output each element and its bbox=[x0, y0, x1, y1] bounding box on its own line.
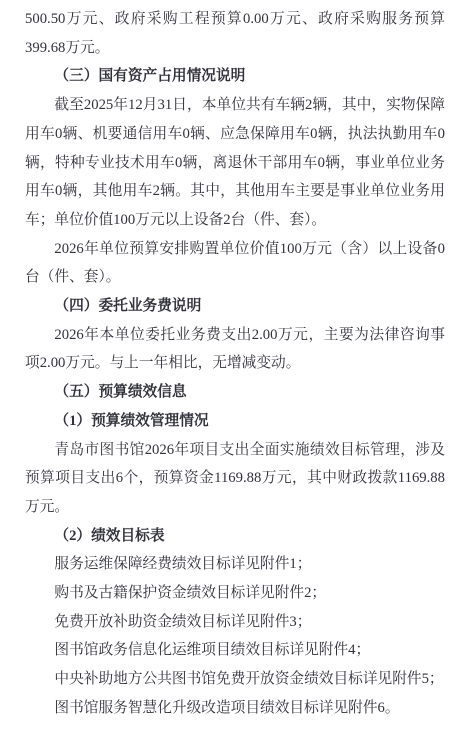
attachment-line-6: 图书馆服务智慧化升级改造项目绩效目标详见附件6。 bbox=[25, 694, 445, 723]
attachment-line-1: 服务运维保障经费绩效目标详见附件1； bbox=[25, 550, 445, 579]
heading-budget-performance-info: （五）预算绩效信息 bbox=[25, 378, 445, 407]
para-procurement-continuation: 500.50万元、政府采购工程预算0.00万元、政府采购服务预算399.68万元… bbox=[25, 5, 445, 62]
para-vehicles-and-equipment: 截至2025年12月31日，本单位共有车辆2辆，其中，实物保障用车0辆、机要通信… bbox=[25, 91, 445, 235]
attachment-line-2: 购书及古籍保护资金绩效目标详见附件2； bbox=[25, 579, 445, 608]
attachment-line-4: 图书馆政务信息化运维项目绩效目标详见附件4； bbox=[25, 636, 445, 665]
attachment-line-3: 免费开放补助资金绩效目标详见附件3； bbox=[25, 608, 445, 637]
heading-state-assets-usage: （三）国有资产占用情况说明 bbox=[25, 62, 445, 91]
heading-entrusted-services-fee: （四）委托业务费说明 bbox=[25, 292, 445, 321]
document-page: 500.50万元、政府采购工程预算0.00万元、政府采购服务预算399.68万元… bbox=[0, 0, 472, 729]
heading-performance-target-table: （2）绩效目标表 bbox=[25, 522, 445, 551]
para-equipment-purchase-plan: 2026年单位预算安排购置单位价值100万元（含）以上设备0台（件、套）。 bbox=[25, 235, 445, 292]
attachment-line-5: 中央补助地方公共图书馆免费开放资金绩效目标详见附件5； bbox=[25, 665, 445, 694]
para-entrusted-services-fee: 2026年本单位委托业务费支出2.00万元，主要为法律咨询事项2.00万元。与上… bbox=[25, 321, 445, 378]
para-performance-management: 青岛市图书馆2026年项目支出全面实施绩效目标管理，涉及预算项目支出6个，预算资… bbox=[25, 436, 445, 522]
heading-performance-management: （1）预算绩效管理情况 bbox=[25, 407, 445, 436]
